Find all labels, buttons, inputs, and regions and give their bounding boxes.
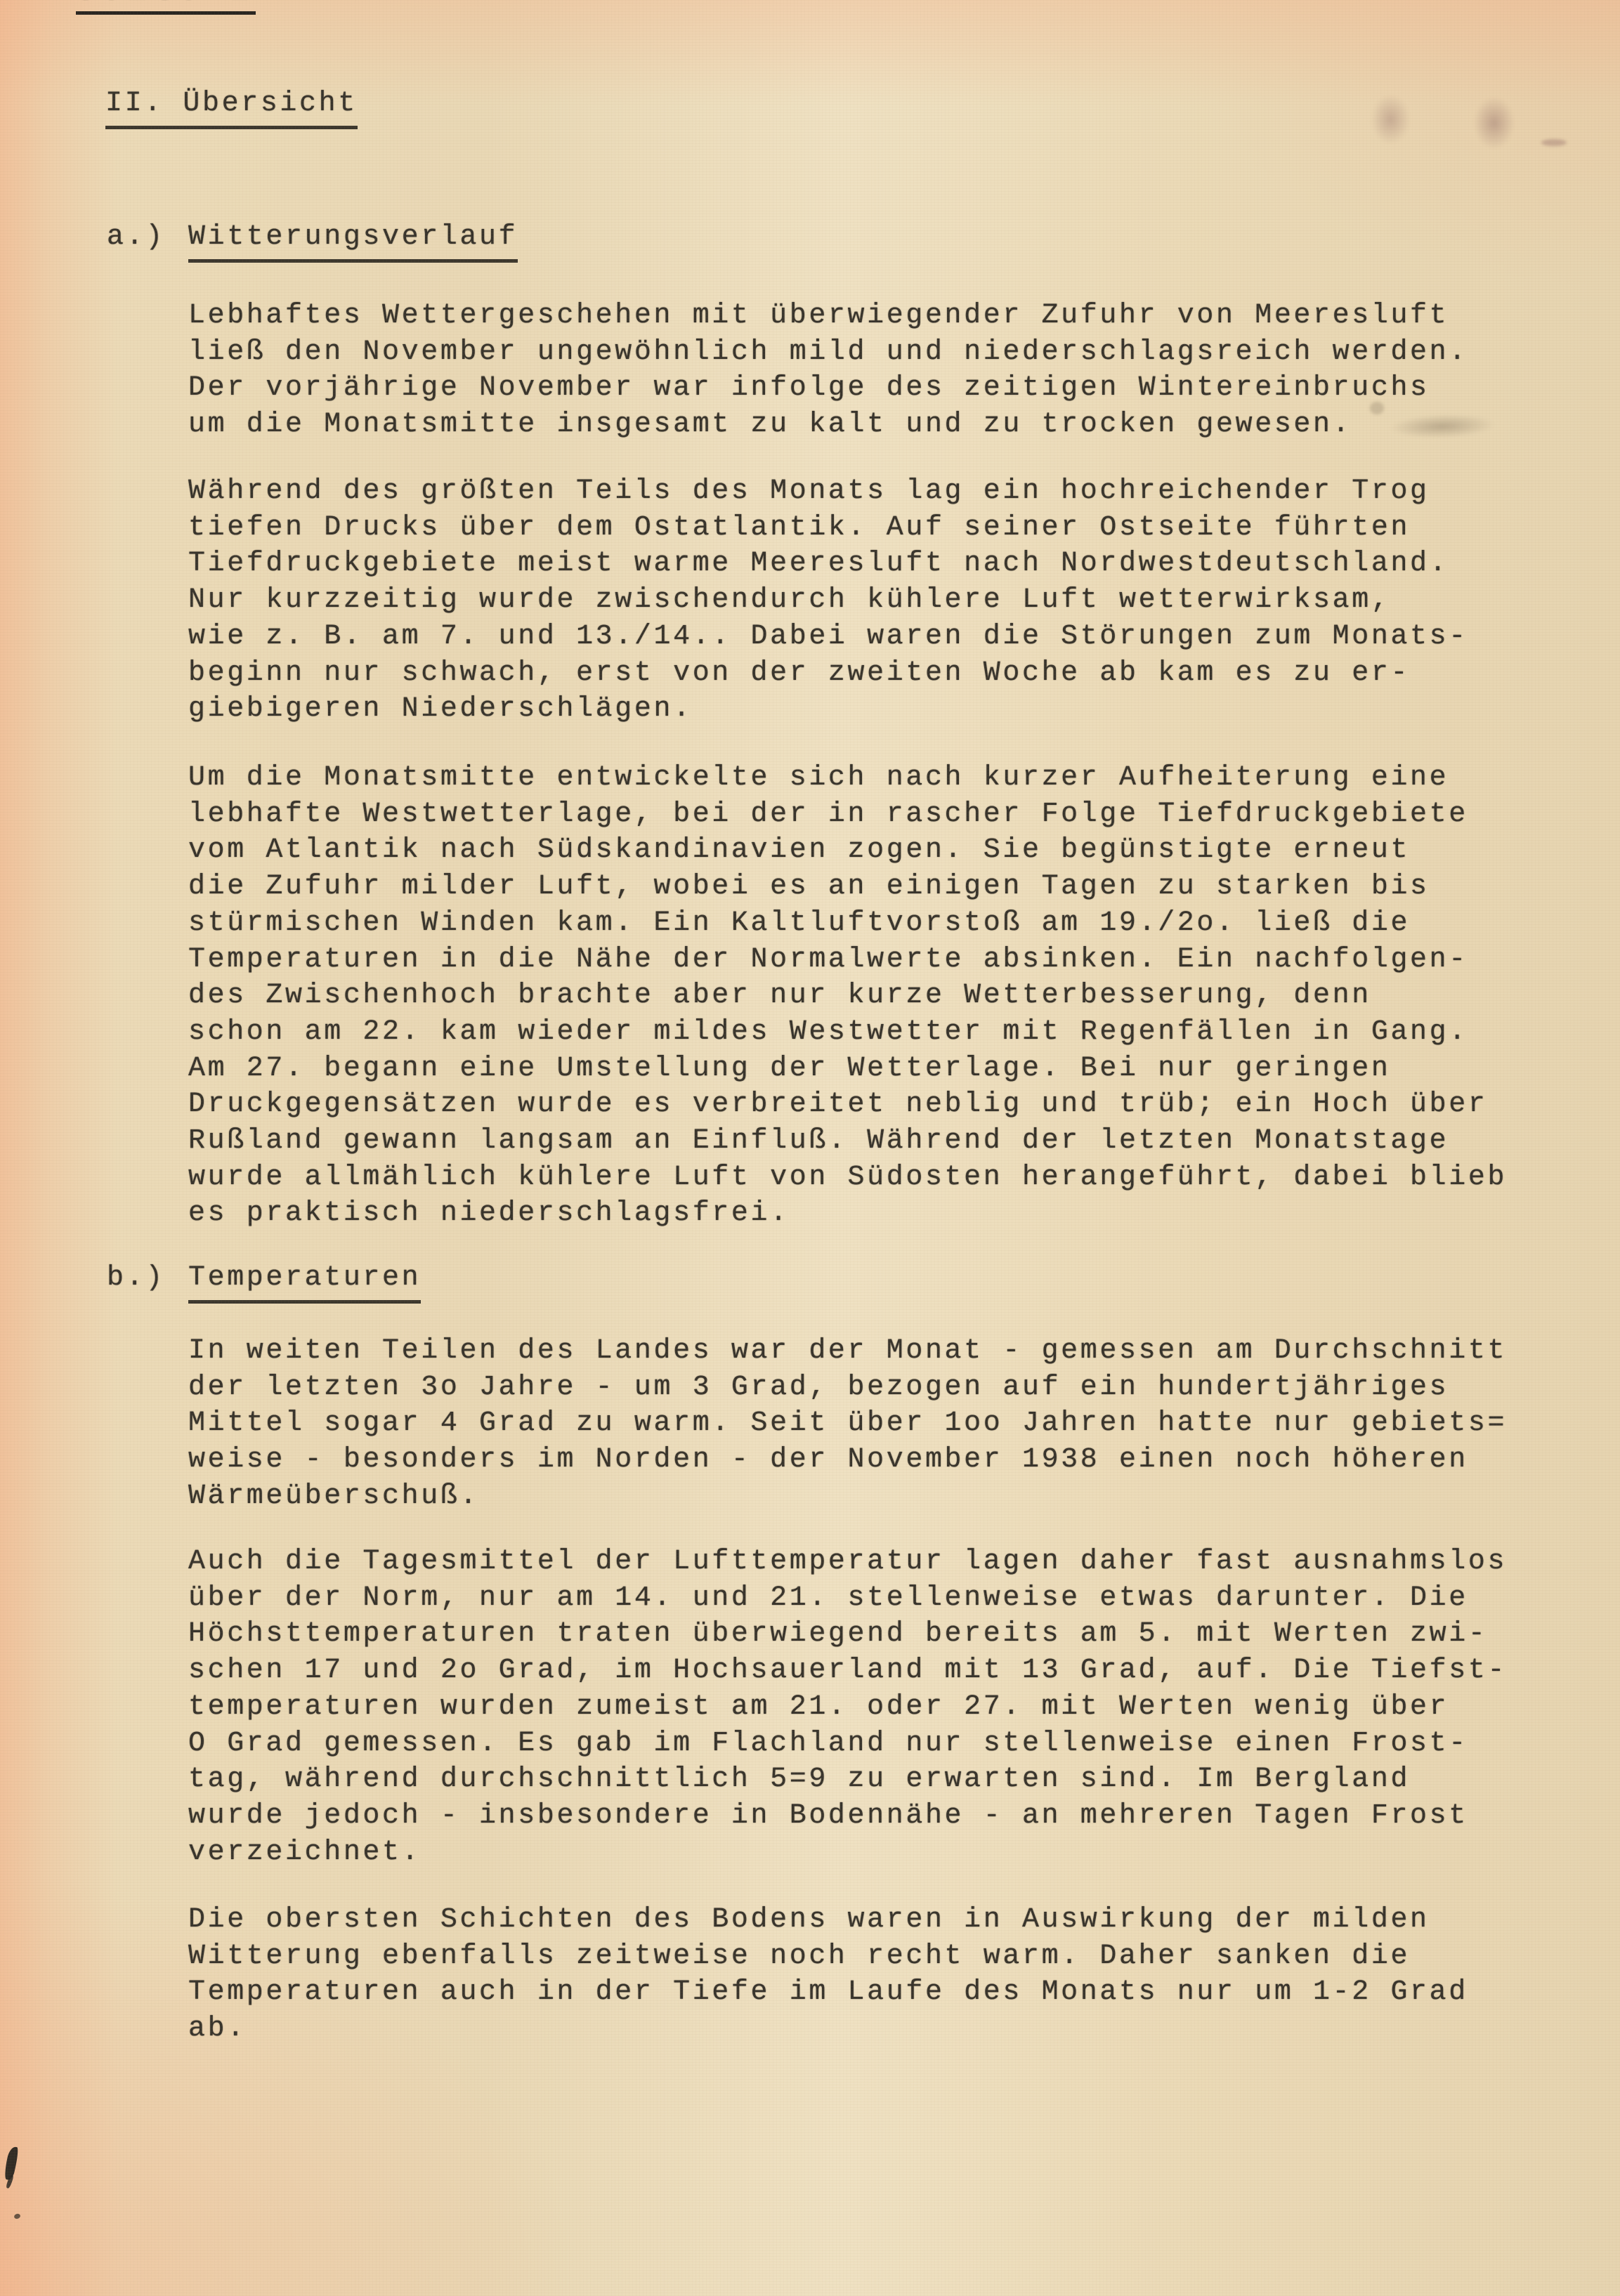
- ink-mark-tail: [6, 2174, 14, 2189]
- ink-speck: [13, 2213, 21, 2220]
- text-line: Witterung ebenfalls zeitweise noch recht…: [188, 1939, 1468, 1975]
- section-a-label: a.): [107, 219, 165, 256]
- text-line: wurde jedoch - insbesondere in Bodennähe…: [188, 1798, 1507, 1835]
- scanned-document-page: Seite 2 II. Übersicht a.) Witterungsverl…: [0, 0, 1620, 2296]
- text-line: die Zufuhr milder Luft, wobei es an eini…: [188, 869, 1507, 905]
- section-a-title: Witterungsverlauf: [188, 219, 518, 263]
- text-line: schon am 22. kam wieder mildes Westwette…: [188, 1014, 1507, 1051]
- text-line: O Grad gemessen. Es gab im Flachland nur…: [188, 1726, 1507, 1762]
- section-b-title: Temperaturen: [188, 1260, 421, 1304]
- text-line: Lebhaftes Wettergeschehen mit überwiegen…: [188, 298, 1468, 334]
- text-line: Nur kurzzeitig wurde zwischendurch kühle…: [188, 582, 1468, 619]
- text-line: des Zwischenhoch brachte aber nur kurze …: [188, 978, 1507, 1014]
- text-line: Die obersten Schichten des Bodens waren …: [188, 1902, 1468, 1939]
- text-line: Wärmeüberschuß.: [188, 1478, 1507, 1515]
- text-line: Druckgegensätzen wurde es verbreitet neb…: [188, 1087, 1507, 1123]
- text-line: lebhafte Westwetterlage, bei der in rasc…: [188, 796, 1507, 833]
- text-line: um die Monatsmitte insgesamt zu kalt und…: [188, 407, 1468, 443]
- paragraph-weather-1: Lebhaftes Wettergeschehen mit überwiegen…: [188, 298, 1468, 443]
- text-line: es praktisch niederschlagsfrei.: [188, 1195, 1507, 1232]
- text-line: Der vorjährige November war infolge des …: [188, 370, 1468, 407]
- text-line: vom Atlantik nach Südskandinavien zogen.…: [188, 832, 1507, 869]
- paragraph-weather-2: Während des größten Teils des Monats lag…: [188, 473, 1468, 728]
- page-header-cut-text: Seite 2: [76, 0, 256, 15]
- text-line: über der Norm, nur am 14. und 21. stelle…: [188, 1580, 1507, 1617]
- ink-mark: [3, 2146, 20, 2181]
- text-line: Während des größten Teils des Monats lag…: [188, 473, 1468, 510]
- paragraph-temperature-2: Auch die Tagesmittel der Lufttemperatur …: [188, 1544, 1507, 1870]
- text-line: Temperaturen in die Nähe der Normalwerte…: [188, 942, 1507, 978]
- text-line: Am 27. begann eine Umstellung der Wetter…: [188, 1051, 1507, 1087]
- text-line: verzeichnet.: [188, 1835, 1507, 1871]
- pencil-smudge: [1541, 139, 1567, 146]
- text-line: beginn nur schwach, erst von der zweiten…: [188, 655, 1468, 692]
- text-line: tag, während durchschnittlich 5=9 zu erw…: [188, 1762, 1507, 1798]
- text-line: Mittel sogar 4 Grad zu warm. Seit über 1…: [188, 1405, 1507, 1442]
- text-line: Tiefdruckgebiete meist warme Meeresluft …: [188, 546, 1468, 582]
- text-line: weise - besonders im Norden - der Novemb…: [188, 1442, 1507, 1478]
- section-b-label: b.): [107, 1260, 165, 1297]
- text-line: der letzten 3o Jahre - um 3 Grad, bezoge…: [188, 1370, 1507, 1406]
- paragraph-weather-3: Um die Monatsmitte entwickelte sich nach…: [188, 760, 1507, 1232]
- text-line: Temperaturen auch in der Tiefe im Laufe …: [188, 1974, 1468, 2011]
- text-line: ab.: [188, 2011, 1468, 2047]
- page-header-cut: Seite 2: [76, 0, 329, 15]
- text-line: Auch die Tagesmittel der Lufttemperatur …: [188, 1544, 1507, 1580]
- overview-heading: II. Übersicht: [105, 86, 358, 129]
- paragraph-soil: Die obersten Schichten des Bodens waren …: [188, 1902, 1468, 2047]
- text-line: wurde allmählich kühlere Luft von Südost…: [188, 1160, 1507, 1196]
- text-line: schen 17 und 2o Grad, im Hochsauerland m…: [188, 1653, 1507, 1689]
- text-line: temperaturen wurden zumeist am 21. oder …: [188, 1689, 1507, 1726]
- text-line: tiefen Drucks über dem Ostatlantik. Auf …: [188, 510, 1468, 546]
- text-line: Um die Monatsmitte entwickelte sich nach…: [188, 760, 1507, 796]
- text-line: stürmischen Winden kam. Ein Kaltluftvors…: [188, 905, 1507, 942]
- text-line: Höchsttemperaturen traten überwiegend be…: [188, 1616, 1507, 1653]
- paragraph-temperature-1: In weiten Teilen des Landes war der Mona…: [188, 1333, 1507, 1515]
- text-line: In weiten Teilen des Landes war der Mona…: [188, 1333, 1507, 1370]
- text-line: ließ den November ungewöhnlich mild und …: [188, 334, 1468, 371]
- text-line: wie z. B. am 7. und 13./14.. Dabei waren…: [188, 619, 1468, 655]
- pencil-smudge: [1371, 95, 1410, 144]
- text-line: Rußland gewann langsam an Einfluß. Währe…: [188, 1123, 1507, 1160]
- text-line: giebigeren Niederschlägen.: [188, 691, 1468, 728]
- pencil-smudge: [1474, 97, 1515, 149]
